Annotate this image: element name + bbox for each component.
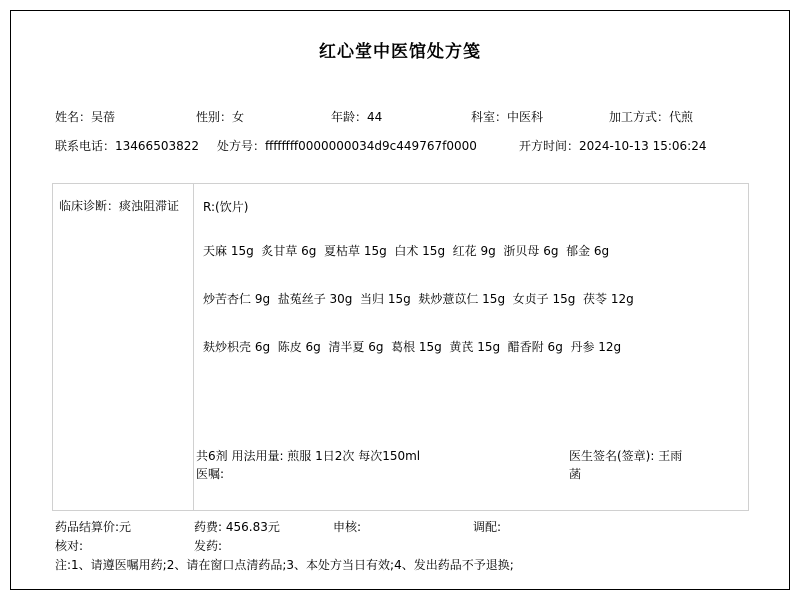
herb-row: 麸炒枳壳 6g 陈皮 6g 清半夏 6g 葛根 15g 黄芪 15g 醋香附 6…	[203, 338, 733, 356]
field-label: 科室：	[471, 110, 507, 124]
field-value: 13466503822	[115, 139, 199, 153]
dosage-summary: 共6剂 用法用量: 煎服 1日2次 每次150ml 医嘱:	[196, 447, 576, 483]
field-value: 中医科	[507, 110, 543, 124]
field-department: 科室：中医科	[471, 108, 543, 125]
field-label: 性别：	[196, 110, 232, 124]
field-label: 开方时间：	[519, 139, 579, 153]
page-title: 红心堂中医馆处方笺	[11, 37, 789, 62]
field-value: 44	[367, 110, 382, 124]
usage-line: 共6剂 用法用量: 煎服 1日2次 每次150ml	[196, 447, 576, 465]
field-gender: 性别：女	[196, 108, 244, 125]
field-label: 加工方式：	[609, 110, 669, 124]
check-field: 核对:	[55, 537, 83, 554]
field-label: 联系电话：	[55, 139, 115, 153]
field-issue-time: 开方时间：2024-10-13 15:06:24	[519, 137, 706, 154]
medicine-fee: 药费: 456.83元	[194, 518, 280, 535]
herb-row: 炒苦杏仁 9g 盐菟丝子 30g 当归 15g 麸炒薏苡仁 15g 女贞子 15…	[203, 290, 733, 308]
doctor-signature: 医生签名(签章): 王雨菡	[569, 447, 693, 483]
advice-label: 医嘱:	[196, 465, 576, 483]
field-processing-method: 加工方式：代煎	[609, 108, 693, 125]
field-age: 年龄：44	[331, 108, 382, 125]
field-label: 年龄：	[331, 110, 367, 124]
notes-line: 注:1、请遵医嘱用药;2、请在窗口点清药品;3、本处方当日有效;4、发出药品不予…	[55, 556, 514, 573]
field-value: 吴蓓	[91, 110, 115, 124]
field-patient-name: 姓名：吴蓓	[55, 108, 115, 125]
field-value: 2024-10-13 15:06:24	[579, 139, 706, 153]
field-label: 处方号：	[217, 139, 265, 153]
diagnosis-value: 痰浊阻滞证	[119, 199, 179, 213]
field-label: 姓名：	[55, 110, 91, 124]
prescription-box: 临床诊断：痰浊阻滞证 R:(饮片) 天麻 15g 炙甘草 6g 夏枯草 15g …	[52, 183, 749, 511]
rx-header: R:(饮片)	[203, 198, 248, 215]
field-value: 代煎	[669, 110, 693, 124]
dispense-field: 发药:	[194, 537, 222, 554]
settlement-price: 药品结算价:元	[55, 518, 131, 535]
field-value: ffffffff0000000034d9c449767f0000	[265, 139, 477, 153]
herb-row: 天麻 15g 炙甘草 6g 夏枯草 15g 白术 15g 红花 9g 浙贝母 6…	[203, 242, 733, 260]
herb-rows: 天麻 15g 炙甘草 6g 夏枯草 15g 白术 15g 红花 9g 浙贝母 6…	[203, 242, 733, 386]
field-phone: 联系电话：13466503822	[55, 137, 199, 154]
prepare-field: 调配:	[473, 518, 501, 535]
signature-label: 医生签名(签章):	[569, 449, 658, 463]
clinical-diagnosis: 临床诊断：痰浊阻滞证	[53, 184, 194, 510]
prescription-sheet: 红心堂中医馆处方笺 姓名：吴蓓 性别：女 年龄：44 科室：中医科 加工方式：代…	[10, 10, 790, 590]
review-field: 申核:	[333, 518, 361, 535]
field-prescription-number: 处方号：ffffffff0000000034d9c449767f0000	[217, 137, 477, 154]
diagnosis-label: 临床诊断：	[59, 199, 119, 213]
field-value: 女	[232, 110, 244, 124]
